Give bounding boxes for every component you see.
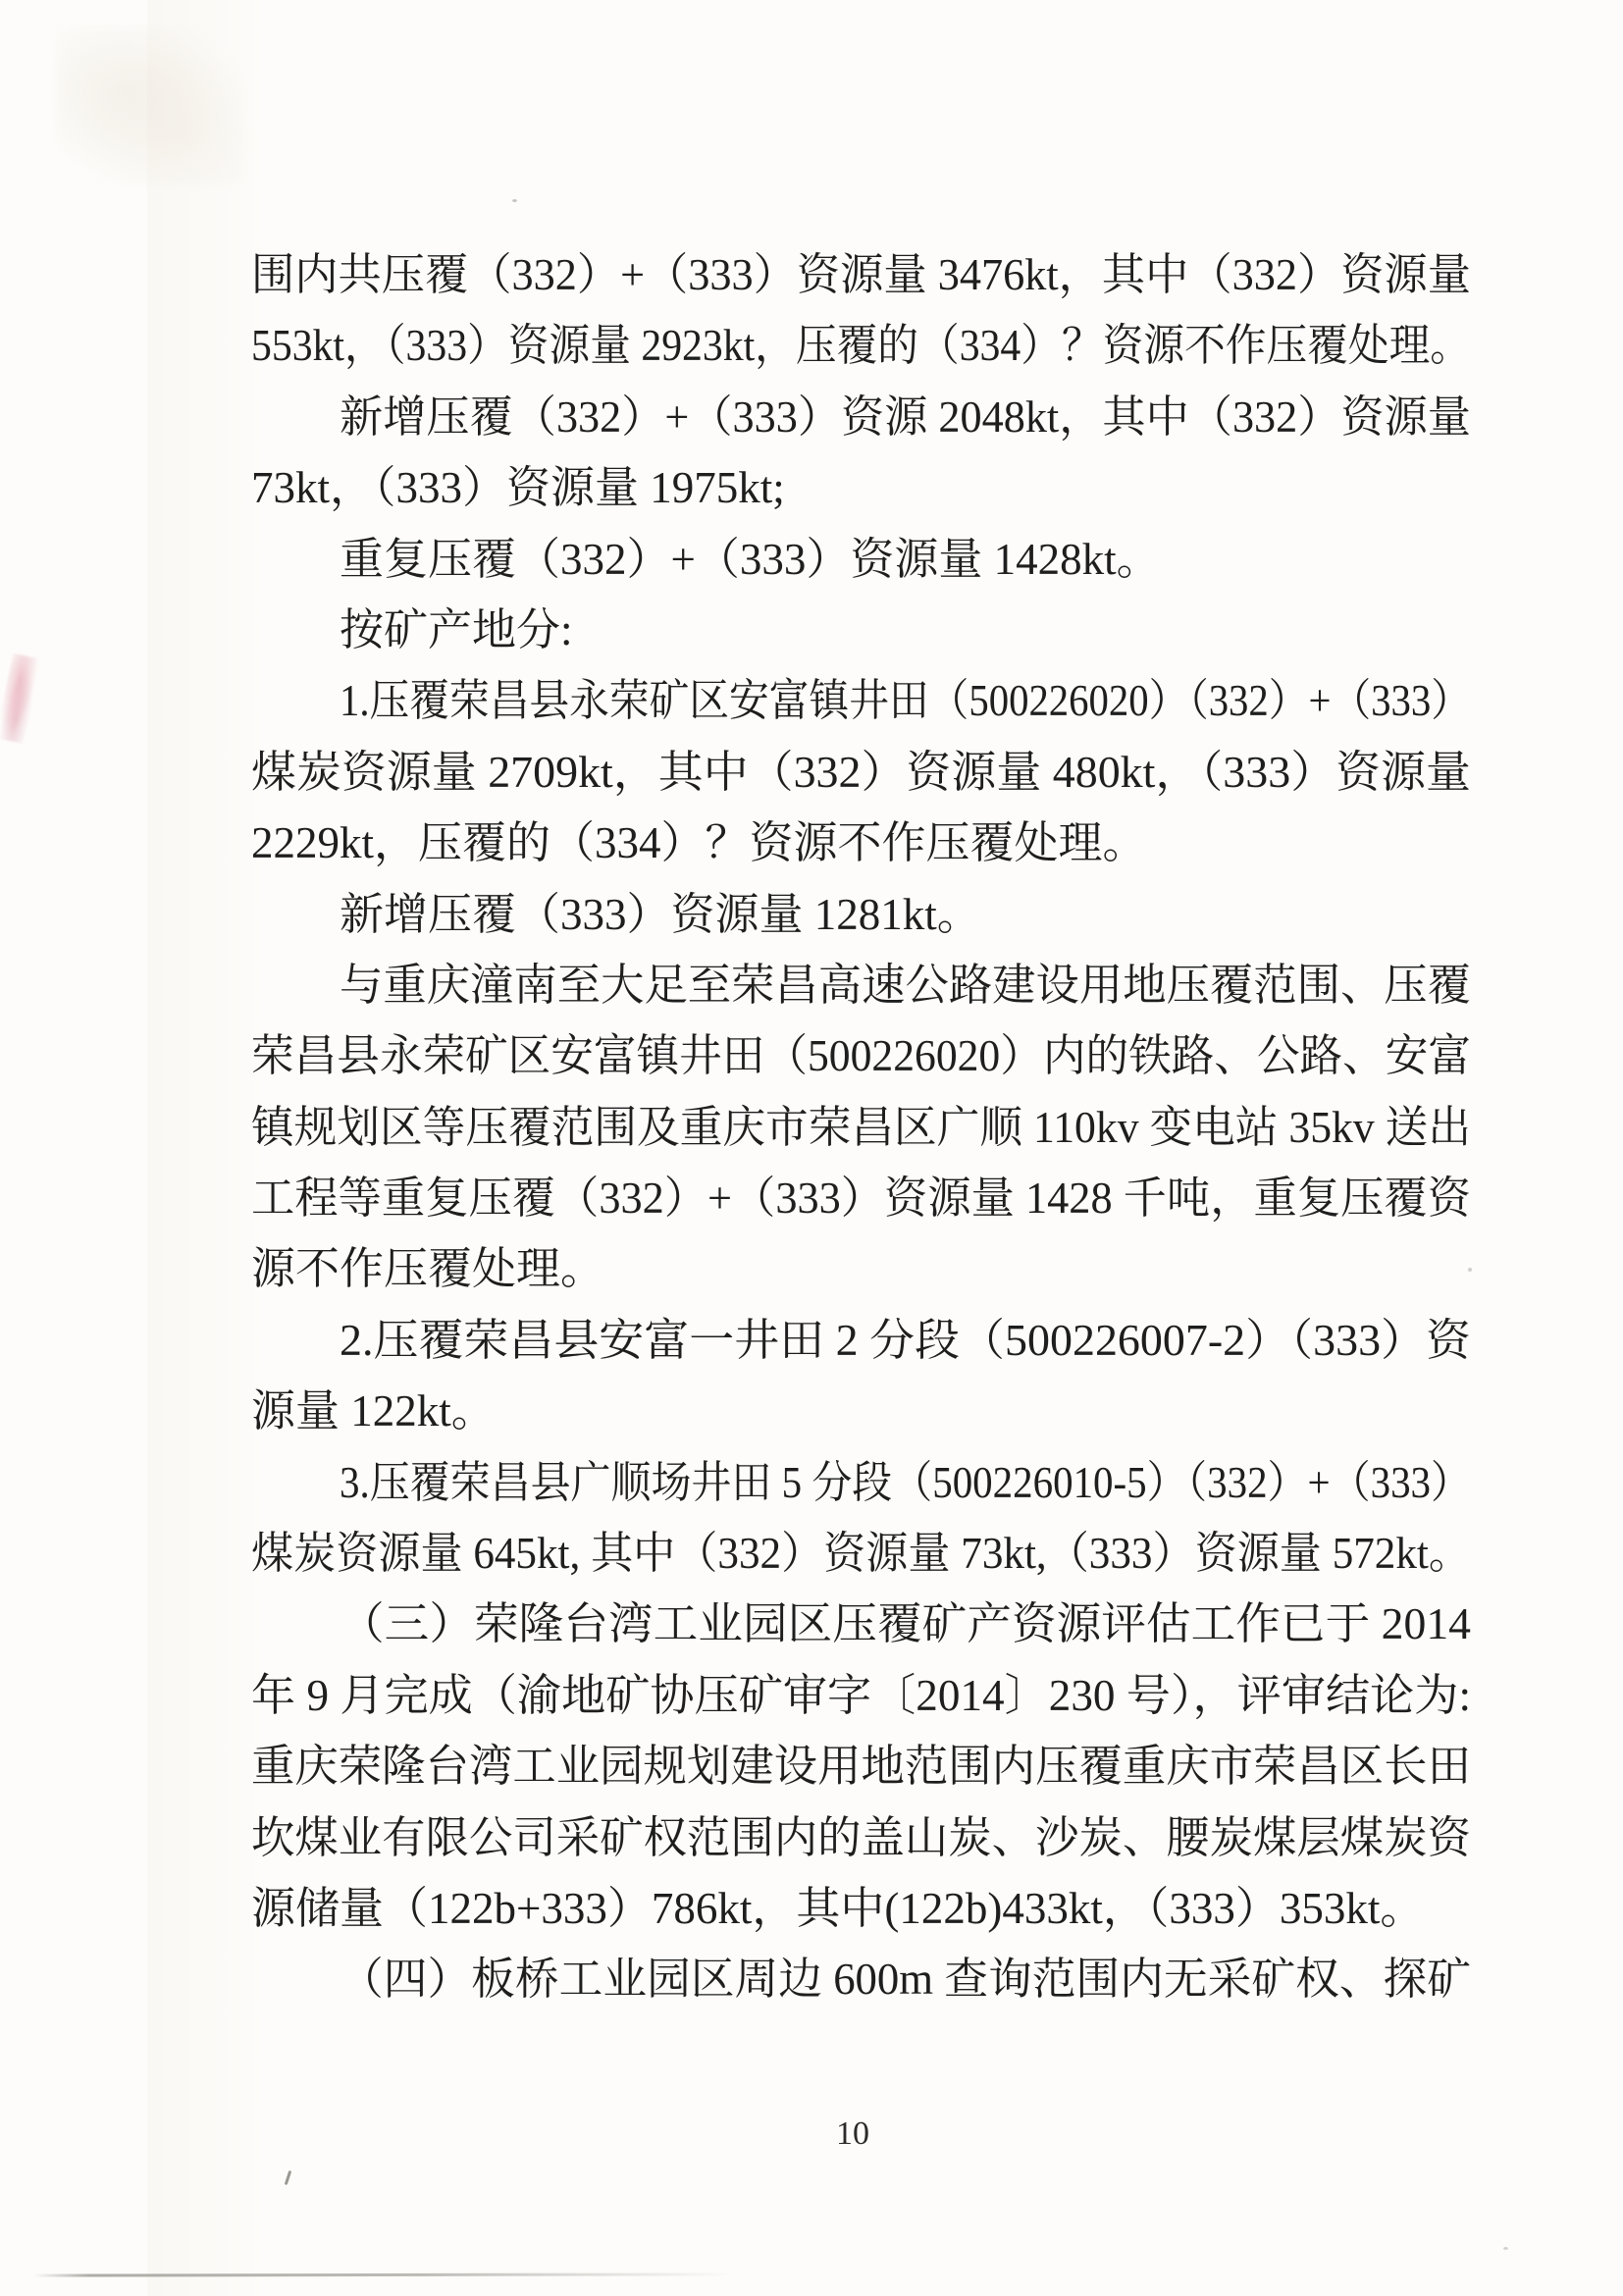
page-number: 10 [823,2115,882,2153]
scan-artifact-tick-mark [285,2170,291,2185]
text-line: 1.压覆荣昌县永荣矿区安富镇井田（500226020）（332）+（333） [251,665,1471,736]
text-line-content: 2.压覆荣昌县安富一井田 2 分段（500226007-2）（333）资 [340,1305,1471,1376]
text-line-content: 新增压覆（333）资源量 1281kt。 [340,879,981,950]
text-line: 3.压覆荣昌县广顺场井田 5 分段（500226010-5）（332）+（333… [251,1447,1471,1518]
scan-artifact-pink-mark [0,653,42,744]
text-line: 源储量（122b+333）786kt，其中(122b)433kt，（333）35… [251,1873,1471,1944]
document-text: 围内共压覆（332）+（333）资源量 3476kt，其中（332）资源量553… [251,239,1471,2015]
text-line: 553kt，（333）资源量 2923kt，压覆的（334）？资源不作压覆处理。 [251,310,1471,381]
text-line: 重复压覆（332）+（333）资源量 1428kt。 [251,524,1471,595]
text-line-content: 1.压覆荣昌县永荣矿区安富镇井田（500226020）（332）+（333） [340,665,1471,736]
text-line: 新增压覆（332）+（333）资源 2048kt，其中（332）资源量 [251,382,1471,452]
text-line: 重庆荣隆台湾工业园规划建设用地范围内压覆重庆市荣昌区长田 [251,1731,1471,1801]
text-line: 源不作压覆处理。 [251,1233,1471,1304]
text-line: 源量 122kt。 [251,1376,1471,1446]
text-line-content: 新增压覆（332）+（333）资源 2048kt，其中（332）资源量 [340,382,1471,452]
scan-artifact-speck [1468,1268,1472,1272]
text-line-content: 3.压覆荣昌县广顺场井田 5 分段（500226010-5）（332）+（333… [340,1447,1471,1518]
text-line-content: 工程等重复压覆（332）+（333）资源量 1428 千吨，重复压覆资 [251,1163,1471,1233]
text-line: 荣昌县永荣矿区安富镇井田（500226020）内的铁路、公路、安富 [251,1020,1471,1091]
text-line: 2229kt，压覆的（334）？资源不作压覆处理。 [251,808,1471,878]
text-line: （四）板桥工业园区周边 600m 查询范围内无采矿权、探矿 [251,1944,1471,2014]
text-line-content: 重复压覆（332）+（333）资源量 1428kt。 [340,524,1161,595]
text-line-content: 553kt，（333）资源量 2923kt，压覆的（334）？资源不作压覆处理。 [251,310,1471,381]
text-line: 按矿产地分: [251,595,1471,665]
text-line: 围内共压覆（332）+（333）资源量 3476kt，其中（332）资源量 [251,239,1471,310]
text-line-content: 荣昌县永荣矿区安富镇井田（500226020）内的铁路、公路、安富 [251,1020,1471,1091]
text-line: 与重庆潼南至大足至荣昌高速公路建设用地压覆范围、压覆 [251,950,1471,1020]
text-line-content: 源量 122kt。 [251,1376,496,1446]
scan-edge-line [33,2272,736,2276]
text-line-content: 坎煤业有限公司采矿权范围内的盖山炭、沙炭、腰炭煤层煤炭资 [251,1802,1471,1873]
text-line-content: 围内共压覆（332）+（333）资源量 3476kt，其中（332）资源量 [251,239,1471,310]
text-line-content: 按矿产地分: [340,595,573,665]
text-line: 工程等重复压覆（332）+（333）资源量 1428 千吨，重复压覆资 [251,1163,1471,1233]
text-line-content: 源不作压覆处理。 [251,1233,604,1304]
text-line: 73kt，（333）资源量 1975kt; [251,452,1471,523]
text-line: 新增压覆（333）资源量 1281kt。 [251,879,1471,950]
text-line: 镇规划区等压覆范围及重庆市荣昌区广顺 110kv 变电站 35kv 送出 [251,1092,1471,1163]
text-line-content: 煤炭资源量 645kt, 其中（332）资源量 73kt,（333）资源量 57… [251,1518,1471,1589]
text-line-content: 镇规划区等压覆范围及重庆市荣昌区广顺 110kv 变电站 35kv 送出 [251,1092,1471,1163]
text-line-content: （三）荣隆台湾工业园区压覆矿产资源评估工作已于 2014 [340,1589,1471,1659]
text-line: 煤炭资源量 645kt, 其中（332）资源量 73kt,（333）资源量 57… [251,1518,1471,1589]
scan-artifact-speck [512,199,517,202]
text-line-content: （四）板桥工业园区周边 600m 查询范围内无采矿权、探矿 [340,1944,1471,2014]
text-line-content: 源储量（122b+333）786kt，其中(122b)433kt，（333）35… [251,1873,1424,1944]
text-line-content: 与重庆潼南至大足至荣昌高速公路建设用地压覆范围、压覆 [340,950,1471,1020]
text-line-content: 年 9 月完成（渝地矿协压矿审字〔2014〕230 号），评审结论为: [251,1660,1471,1731]
text-line-content: 重庆荣隆台湾工业园规划建设用地范围内压覆重庆市荣昌区长田 [251,1731,1471,1801]
text-line-content: 73kt，（333）资源量 1975kt; [251,452,785,523]
scan-artifact-speck [1503,2247,1508,2250]
text-line: 煤炭资源量 2709kt，其中（332）资源量 480kt，（333）资源量 [251,737,1471,808]
text-line-content: 煤炭资源量 2709kt，其中（332）资源量 480kt，（333）资源量 [251,737,1471,808]
text-line: （三）荣隆台湾工业园区压覆矿产资源评估工作已于 2014 [251,1589,1471,1659]
text-line-content: 2229kt，压覆的（334）？资源不作压覆处理。 [251,808,1147,878]
text-line: 2.压覆荣昌县安富一井田 2 分段（500226007-2）（333）资 [251,1305,1471,1376]
text-line: 坎煤业有限公司采矿权范围内的盖山炭、沙炭、腰炭煤层煤炭资 [251,1802,1471,1873]
text-line: 年 9 月完成（渝地矿协压矿审字〔2014〕230 号），评审结论为: [251,1660,1471,1731]
scanned-document-page: 围内共压覆（332）+（333）资源量 3476kt，其中（332）资源量553… [0,0,1623,2296]
